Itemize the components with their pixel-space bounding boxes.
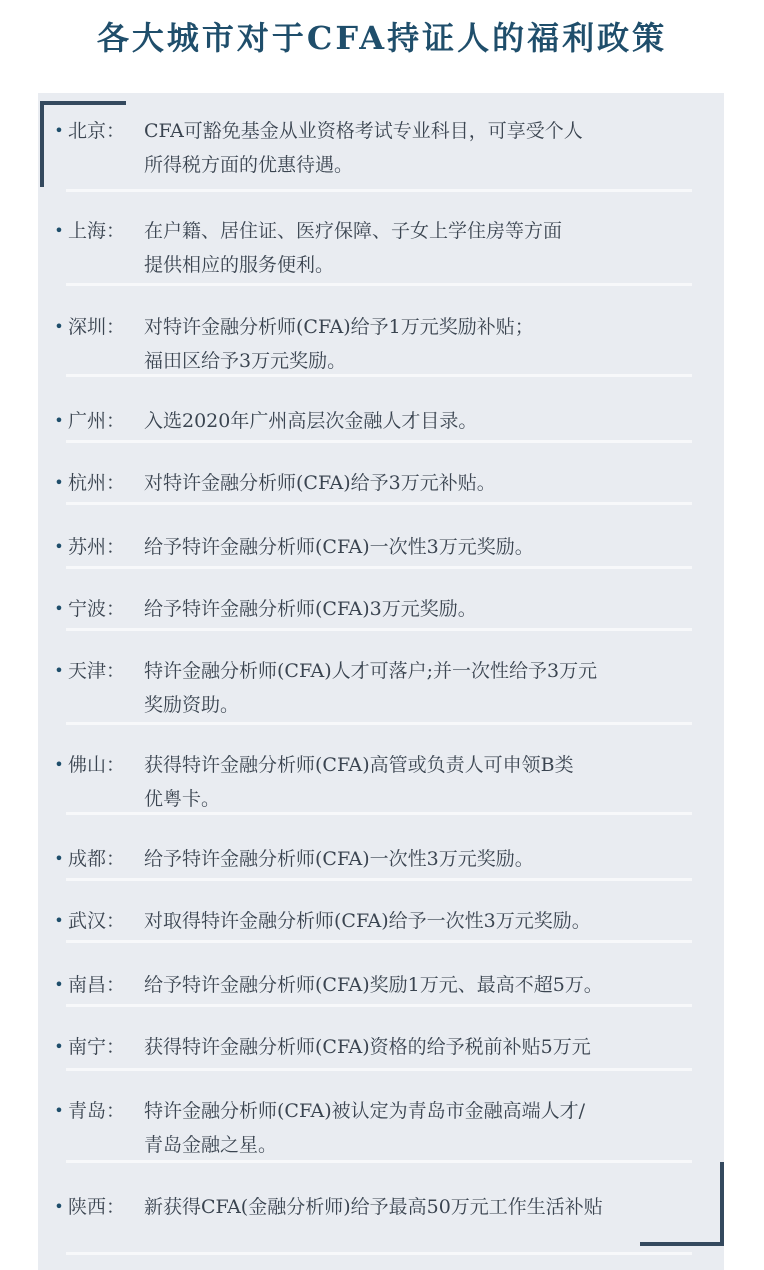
- policy-text: 优粤卡。: [144, 782, 710, 816]
- separator-line: [66, 878, 692, 881]
- policy-text: 对取得特许金融分析师(CFA)给予一次性3万元奖励。: [144, 904, 710, 938]
- city-label: 广州：: [68, 404, 144, 438]
- policy-text: 给予特许金融分析师(CFA)一次性3万元奖励。: [144, 842, 710, 876]
- bullet-icon: •: [50, 1190, 68, 1224]
- city-label: [68, 1128, 144, 1162]
- city-label: [68, 148, 144, 182]
- list-item: •深圳：对特许金融分析师(CFA)给予1万元奖励补贴；福田区给予3万元奖励。: [50, 310, 710, 378]
- list-item-line: •南昌：给予特许金融分析师(CFA)奖励1万元、最高不超5万。: [50, 968, 710, 1002]
- policy-text: 给予特许金融分析师(CFA)奖励1万元、最高不超5万。: [144, 968, 710, 1002]
- policy-text: 对特许金融分析师(CFA)给予3万元补贴。: [144, 466, 710, 500]
- list-item: •陕西：新获得CFA(金融分析师)给予最高50万元工作生活补贴: [50, 1190, 710, 1224]
- list-item-line: •天津：特许金融分析师(CFA)人才可落户;并一次性给予3万元: [50, 654, 710, 688]
- policy-text: 所得税方面的优惠待遇。: [144, 148, 710, 182]
- city-label: 宁波：: [68, 592, 144, 626]
- list-item-line: •深圳：对特许金融分析师(CFA)给予1万元奖励补贴；: [50, 310, 710, 344]
- policy-text: 青岛金融之星。: [144, 1128, 710, 1162]
- separator-line: [66, 283, 692, 286]
- separator-line: [66, 940, 692, 943]
- list-item-line: •佛山：获得特许金融分析师(CFA)高管或负责人可申领B类: [50, 748, 710, 782]
- list-item: •上海：在户籍、居住证、医疗保障、子女上学住房等方面提供相应的服务便利。: [50, 214, 710, 282]
- separator-line: [66, 1068, 692, 1071]
- separator-line: [66, 722, 692, 725]
- city-label: [68, 688, 144, 722]
- policy-text: 在户籍、居住证、医疗保障、子女上学住房等方面: [144, 214, 710, 248]
- city-label: 青岛：: [68, 1094, 144, 1128]
- city-label: 杭州：: [68, 466, 144, 500]
- bullet-icon: •: [50, 1094, 68, 1128]
- bullet-icon: •: [50, 968, 68, 1002]
- bullet-icon: •: [50, 466, 68, 500]
- list-item: •佛山：获得特许金融分析师(CFA)高管或负责人可申领B类优粤卡。: [50, 748, 710, 816]
- bullet-icon: •: [50, 592, 68, 626]
- city-label: 南昌：: [68, 968, 144, 1002]
- separator-line: [66, 566, 692, 569]
- list-item-line: 优粤卡。: [50, 782, 710, 816]
- list-item-line: •上海：在户籍、居住证、医疗保障、子女上学住房等方面: [50, 214, 710, 248]
- separator-line: [66, 1252, 692, 1255]
- bullet-icon: [50, 688, 68, 722]
- list-item-line: •武汉：对取得特许金融分析师(CFA)给予一次性3万元奖励。: [50, 904, 710, 938]
- separator-line: [66, 374, 692, 377]
- separator-line: [66, 812, 692, 815]
- list-item: •南昌：给予特许金融分析师(CFA)奖励1万元、最高不超5万。: [50, 968, 710, 1002]
- policy-text: 给予特许金融分析师(CFA)一次性3万元奖励。: [144, 530, 710, 564]
- bullet-icon: •: [50, 904, 68, 938]
- list-item-line: •杭州：对特许金融分析师(CFA)给予3万元补贴。: [50, 466, 710, 500]
- policy-text: 奖励资助。: [144, 688, 710, 722]
- city-label: 上海：: [68, 214, 144, 248]
- city-label: [68, 782, 144, 816]
- separator-line: [66, 440, 692, 443]
- list-item-line: •北京：CFA可豁免基金从业资格考试专业科目，可享受个人: [50, 114, 710, 148]
- bullet-icon: [50, 782, 68, 816]
- list-item-line: •广州：入选2020年广州高层次金融人才目录。: [50, 404, 710, 438]
- policy-text: 特许金融分析师(CFA)被认定为青岛市金融高端人才/: [144, 1094, 710, 1128]
- list-item-line: •陕西：新获得CFA(金融分析师)给予最高50万元工作生活补贴: [50, 1190, 710, 1224]
- policy-text: 福田区给予3万元奖励。: [144, 344, 710, 378]
- policy-text: 获得特许金融分析师(CFA)资格的给予税前补贴5万元: [144, 1030, 710, 1064]
- bullet-icon: •: [50, 530, 68, 564]
- separator-line: [66, 502, 692, 505]
- list-item: •宁波：给予特许金融分析师(CFA)3万元奖励。: [50, 592, 710, 626]
- list-item: •武汉：对取得特许金融分析师(CFA)给予一次性3万元奖励。: [50, 904, 710, 938]
- city-label: 陕西：: [68, 1190, 144, 1224]
- city-label: 深圳：: [68, 310, 144, 344]
- policy-text: 提供相应的服务便利。: [144, 248, 710, 282]
- policy-text: 入选2020年广州高层次金融人才目录。: [144, 404, 710, 438]
- city-label: 天津：: [68, 654, 144, 688]
- policy-text: 新获得CFA(金融分析师)给予最高50万元工作生活补贴: [144, 1190, 710, 1224]
- city-label: [68, 248, 144, 282]
- city-label: 成都：: [68, 842, 144, 876]
- list-item: •苏州：给予特许金融分析师(CFA)一次性3万元奖励。: [50, 530, 710, 564]
- bullet-icon: [50, 248, 68, 282]
- city-label: 苏州：: [68, 530, 144, 564]
- page-title: 各大城市对于CFA持证人的福利政策: [0, 14, 764, 62]
- list-item-line: 提供相应的服务便利。: [50, 248, 710, 282]
- bullet-icon: •: [50, 404, 68, 438]
- list-item-line: •成都：给予特许金融分析师(CFA)一次性3万元奖励。: [50, 842, 710, 876]
- list-item-line: •苏州：给予特许金融分析师(CFA)一次性3万元奖励。: [50, 530, 710, 564]
- policy-text: 特许金融分析师(CFA)人才可落户;并一次性给予3万元: [144, 654, 710, 688]
- list-item-line: 所得税方面的优惠待遇。: [50, 148, 710, 182]
- bullet-icon: •: [50, 214, 68, 248]
- policy-text: 获得特许金融分析师(CFA)高管或负责人可申领B类: [144, 748, 710, 782]
- city-label: 武汉：: [68, 904, 144, 938]
- list-item: •天津：特许金融分析师(CFA)人才可落户;并一次性给予3万元奖励资助。: [50, 654, 710, 722]
- policy-text: CFA可豁免基金从业资格考试专业科目，可享受个人: [144, 114, 710, 148]
- list-item: •北京：CFA可豁免基金从业资格考试专业科目，可享受个人所得税方面的优惠待遇。: [50, 114, 710, 182]
- bullet-icon: •: [50, 1030, 68, 1064]
- bullet-icon: •: [50, 654, 68, 688]
- list-item-line: 福田区给予3万元奖励。: [50, 344, 710, 378]
- list-item: •青岛：特许金融分析师(CFA)被认定为青岛市金融高端人才/青岛金融之星。: [50, 1094, 710, 1162]
- list-item-line: •南宁：获得特许金融分析师(CFA)资格的给予税前补贴5万元: [50, 1030, 710, 1064]
- separator-line: [66, 1160, 692, 1163]
- list-item: •杭州：对特许金融分析师(CFA)给予3万元补贴。: [50, 466, 710, 500]
- bullet-icon: [50, 1128, 68, 1162]
- city-label: [68, 344, 144, 378]
- list-item: •成都：给予特许金融分析师(CFA)一次性3万元奖励。: [50, 842, 710, 876]
- city-label: 南宁：: [68, 1030, 144, 1064]
- bullet-icon: •: [50, 114, 68, 148]
- separator-line: [66, 628, 692, 631]
- city-label: 佛山：: [68, 748, 144, 782]
- list-item: •南宁：获得特许金融分析师(CFA)资格的给予税前补贴5万元: [50, 1030, 710, 1064]
- bullet-icon: [50, 344, 68, 378]
- separator-line: [66, 189, 692, 192]
- list-item-line: 奖励资助。: [50, 688, 710, 722]
- list-item: •广州：入选2020年广州高层次金融人才目录。: [50, 404, 710, 438]
- policy-text: 对特许金融分析师(CFA)给予1万元奖励补贴；: [144, 310, 710, 344]
- bullet-icon: •: [50, 310, 68, 344]
- list-item-line: •宁波：给予特许金融分析师(CFA)3万元奖励。: [50, 592, 710, 626]
- list-item-line: •青岛：特许金融分析师(CFA)被认定为青岛市金融高端人才/: [50, 1094, 710, 1128]
- list-item-line: 青岛金融之星。: [50, 1128, 710, 1162]
- policy-text: 给予特许金融分析师(CFA)3万元奖励。: [144, 592, 710, 626]
- city-label: 北京：: [68, 114, 144, 148]
- separator-line: [66, 1004, 692, 1007]
- bullet-icon: •: [50, 748, 68, 782]
- bullet-icon: •: [50, 842, 68, 876]
- bullet-icon: [50, 148, 68, 182]
